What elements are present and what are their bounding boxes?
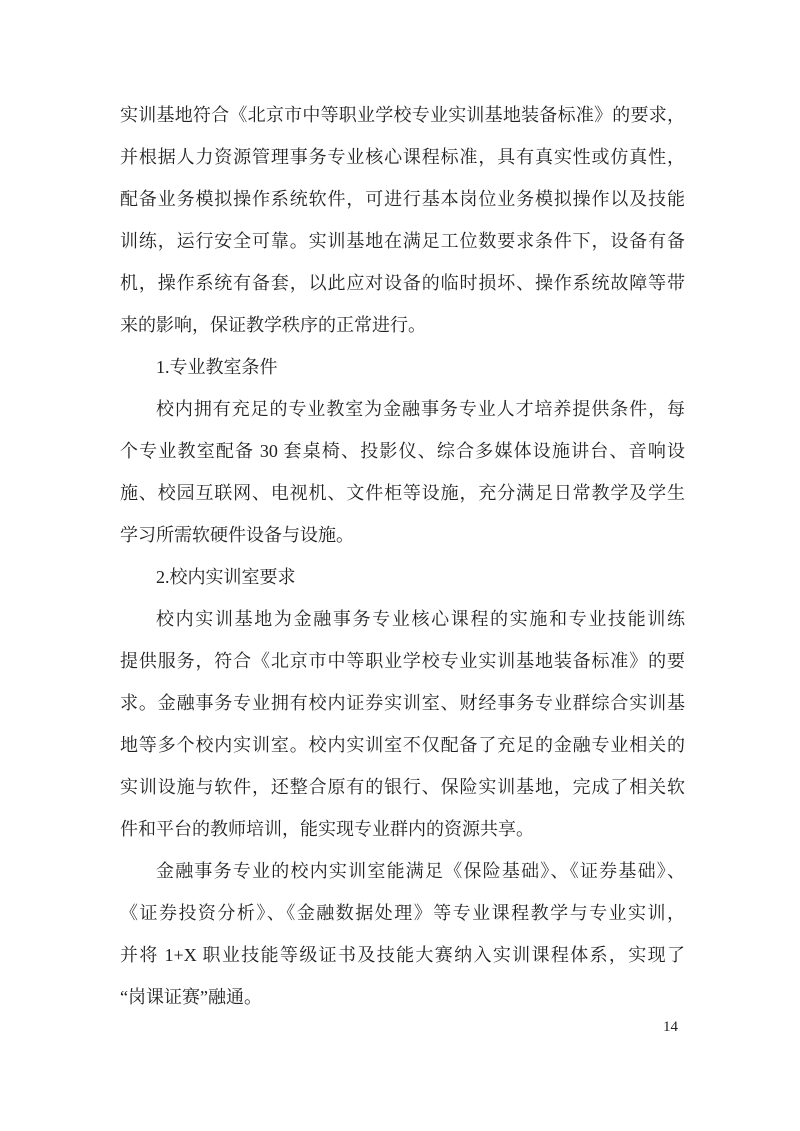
page-number: 14	[120, 1015, 678, 1039]
text-line: 提供服务，符合《北京市中等职业学校专业实训基地装备标准》的要	[120, 640, 685, 682]
text-line: 来的影响，保证教学秩序的正常进行。	[120, 304, 685, 346]
text-line: 个专业教室配备 30 套桌椅、投影仪、综合多媒体设施讲台、音响设	[120, 430, 685, 472]
text-line: 校内实训基地为金融事务专业核心课程的实施和专业技能训练	[120, 598, 685, 640]
text-line: 校内拥有充足的专业教室为金融事务专业人才培养提供条件，每	[120, 388, 685, 430]
text-line: 学习所需软硬件设备与设施。	[120, 514, 685, 556]
paragraph-training-base: 校内实训基地为金融事务专业核心课程的实施和专业技能训练 提供服务，符合《北京市中…	[120, 598, 685, 850]
section-heading-training-room: 2.校内实训室要求	[120, 556, 685, 598]
document-body: 实训基地符合《北京市中等职业学校专业实训基地装备标准》的要求， 并根据人力资源管…	[120, 94, 685, 1018]
document-page: 实训基地符合《北京市中等职业学校专业实训基地装备标准》的要求， 并根据人力资源管…	[0, 0, 800, 1131]
text-line: 并将 1+X 职业技能等级证书及技能大赛纳入实训课程体系，实现了	[120, 934, 685, 976]
text-line: 施、校园互联网、电视机、文件柜等设施，充分满足日常教学及学生	[120, 472, 685, 514]
text-line: 求。金融事务专业拥有校内证券实训室、财经事务专业群综合实训基	[120, 682, 685, 724]
text-line: 配备业务模拟操作系统软件，可进行基本岗位业务模拟操作以及技能	[120, 178, 685, 220]
text-line: 实训设施与软件，还整合原有的银行、保险实训基地，完成了相关软	[120, 766, 685, 808]
paragraph-courses: 金融事务专业的校内实训室能满足《保险基础》、《证券基础》、 《证券投资分析》、《…	[120, 850, 685, 1018]
text-line: 训练，运行安全可靠。实训基地在满足工位数要求条件下，设备有备	[120, 220, 685, 262]
text-line: 实训基地符合《北京市中等职业学校专业实训基地装备标准》的要求，	[120, 94, 685, 136]
text-line: 并根据人力资源管理事务专业核心课程标准，具有真实性或仿真性，	[120, 136, 685, 178]
paragraph-classroom: 校内拥有充足的专业教室为金融事务专业人才培养提供条件，每 个专业教室配备 30 …	[120, 388, 685, 556]
text-line: 件和平台的教师培训，能实现专业群内的资源共享。	[120, 808, 685, 850]
paragraph-continuation: 实训基地符合《北京市中等职业学校专业实训基地装备标准》的要求， 并根据人力资源管…	[120, 94, 685, 346]
text-line: 《证券投资分析》、《金融数据处理》等专业课程教学与专业实训，	[120, 892, 685, 934]
text-line: 金融事务专业的校内实训室能满足《保险基础》、《证券基础》、	[120, 850, 685, 892]
text-line: 机，操作系统有备套，以此应对设备的临时损坏、操作系统故障等带	[120, 262, 685, 304]
section-heading-classroom: 1.专业教室条件	[120, 346, 685, 388]
text-line: “岗课证赛”融通。	[120, 976, 685, 1018]
text-line: 地等多个校内实训室。校内实训室不仅配备了充足的金融专业相关的	[120, 724, 685, 766]
